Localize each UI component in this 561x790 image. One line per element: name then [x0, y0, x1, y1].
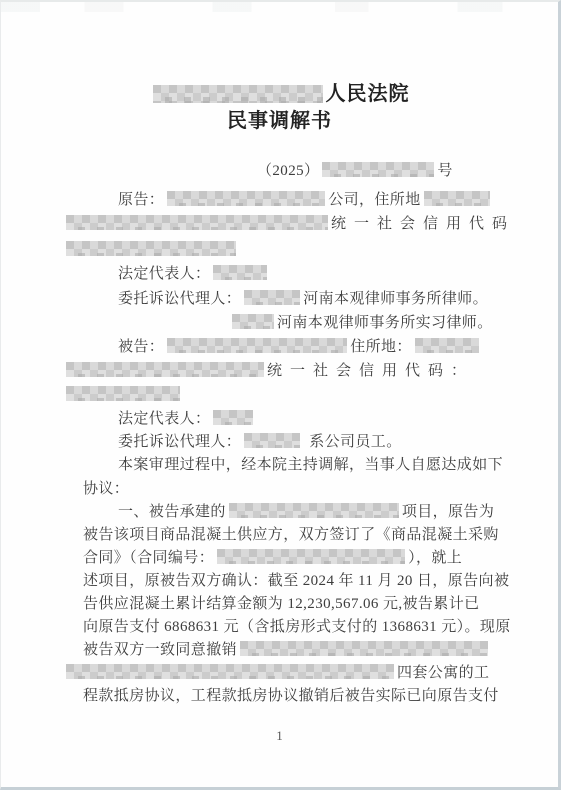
intro-line1: 本案审理过程中，经本院主持调解，当事人自愿达成如下: [118, 455, 503, 475]
plaintiff-line: 原告：公司，住所地: [118, 190, 493, 210]
redacted-contract-number: [217, 549, 405, 564]
defendant-credit-code-line: 统一社会信用代码：: [63, 361, 474, 381]
redacted-address-cont: [66, 215, 328, 230]
plaintiff-label: 原告：: [118, 192, 164, 208]
item1-line6: 向原告支付 6868631 元（含抵房形式支付的 1368631 元）。现原: [83, 617, 511, 637]
legal-rep-label: 法定代表人：: [118, 266, 210, 282]
redacted-plaintiff-name: [167, 191, 325, 206]
item1-line7-prefix: 被告双方一致同意撤销: [83, 642, 237, 658]
defendant-legal-rep-line: 法定代表人：: [118, 409, 256, 429]
redacted-defendant-agent-name: [244, 433, 300, 448]
agent2-firm: 河南本观律师事务所实习律师。: [277, 315, 493, 331]
redacted-court-name: [153, 85, 323, 103]
defendant-legal-rep-label: 法定代表人：: [118, 411, 210, 427]
defendant-label: 被告：: [118, 339, 164, 355]
plaintiff-agent2-line: 河南本观律师事务所实习律师。: [229, 313, 493, 333]
item1-line3: 合同》（合同编号：），就上: [83, 548, 462, 568]
redacted-case-number: [322, 162, 434, 177]
plaintiff-credit-code-line: 统一社会信用代码: [63, 214, 515, 234]
item1-line5: 告供应混凝土累计结算金额为 12,230,567.06 元,被告累计已: [83, 594, 480, 614]
mediation-document-page: 人民法院 民事调解书 （2025）号 原告：公司，住所地 统一社会信用代码 法定…: [0, 0, 561, 790]
redacted-project-name: [229, 503, 399, 518]
plaintiff-credit-code-value-line: [63, 240, 239, 260]
redacted-defendant-name: [167, 338, 347, 353]
agent-label: 委托诉讼代理人：: [118, 291, 241, 307]
item1-line8: 四套公寓的工: [63, 663, 489, 683]
redacted-defendant-address-cont: [66, 362, 264, 377]
defendant-credit-code-label: 统一社会信用代码：: [267, 363, 474, 379]
redacted-credit-code: [66, 241, 236, 256]
item1-line7: 被告双方一致同意撤销: [83, 640, 491, 660]
item1-line3-suffix: ），就上: [408, 550, 462, 566]
court-name-suffix: 人民法院: [326, 83, 410, 105]
agent1-firm: 河南本观律师事务所律师。: [303, 291, 488, 307]
defendant-line: 被告：住所地：: [118, 337, 482, 357]
defendant-agent-line: 委托诉讼代理人：系公司员工。: [118, 432, 402, 452]
case-number-line: （2025）号: [257, 161, 453, 181]
doc-title: 民事调解书: [1, 111, 558, 131]
case-number-suffix: 号: [437, 163, 452, 179]
item1-suffix: 项目，原告为: [402, 504, 494, 520]
plaintiff-agent1-line: 委托诉讼代理人：河南本观律师事务所律师。: [118, 289, 488, 309]
redacted-defendant-legal-rep: [213, 410, 253, 425]
defendant-agent-desc: 系公司员工。: [309, 434, 401, 450]
item1-prefix: 一、被告承建的: [118, 504, 226, 520]
item1-line2: 被告该项目商品混凝土供应方，双方签订了《商品混凝土采购: [83, 525, 499, 545]
address-label: 住所地：: [350, 339, 412, 355]
page-number: 1: [1, 728, 558, 744]
plaintiff-legal-rep-line: 法定代表人：: [118, 264, 270, 284]
item1-line9: 程款抵房协议，工程款抵房协议撤销后被告实际已向原告支付: [83, 686, 499, 706]
redacted-legal-rep-name: [213, 265, 267, 280]
plaintiff-suffix: 公司，住所地: [328, 192, 420, 208]
redacted-apartment-info-cont: [66, 664, 394, 679]
intro-line2: 协议：: [83, 479, 129, 499]
defendant-credit-code-value-line: [63, 385, 183, 405]
redacted-apartment-info: [240, 641, 488, 656]
redacted-agent1-name: [244, 290, 300, 305]
redacted-defendant-credit-code: [66, 386, 180, 401]
court-name-line: 人民法院: [1, 84, 558, 104]
redacted-agent2-name: [232, 314, 274, 329]
item1-line8-suffix: 四套公寓的工: [397, 665, 489, 681]
item1-line4: 述项目，原被告双方确认：截至 2024 年 11 月 20 日，原告向被: [83, 571, 509, 591]
redacted-plaintiff-address: [424, 191, 490, 206]
defendant-agent-label: 委托诉讼代理人：: [118, 434, 241, 450]
case-number-prefix: （2025）: [257, 163, 319, 179]
item1-line3-prefix: 合同》（合同编号：: [83, 550, 214, 566]
redacted-defendant-address: [415, 338, 479, 353]
item1-line1: 一、被告承建的项目，原告为: [118, 502, 494, 522]
credit-code-label: 统一社会信用代码: [331, 216, 515, 232]
